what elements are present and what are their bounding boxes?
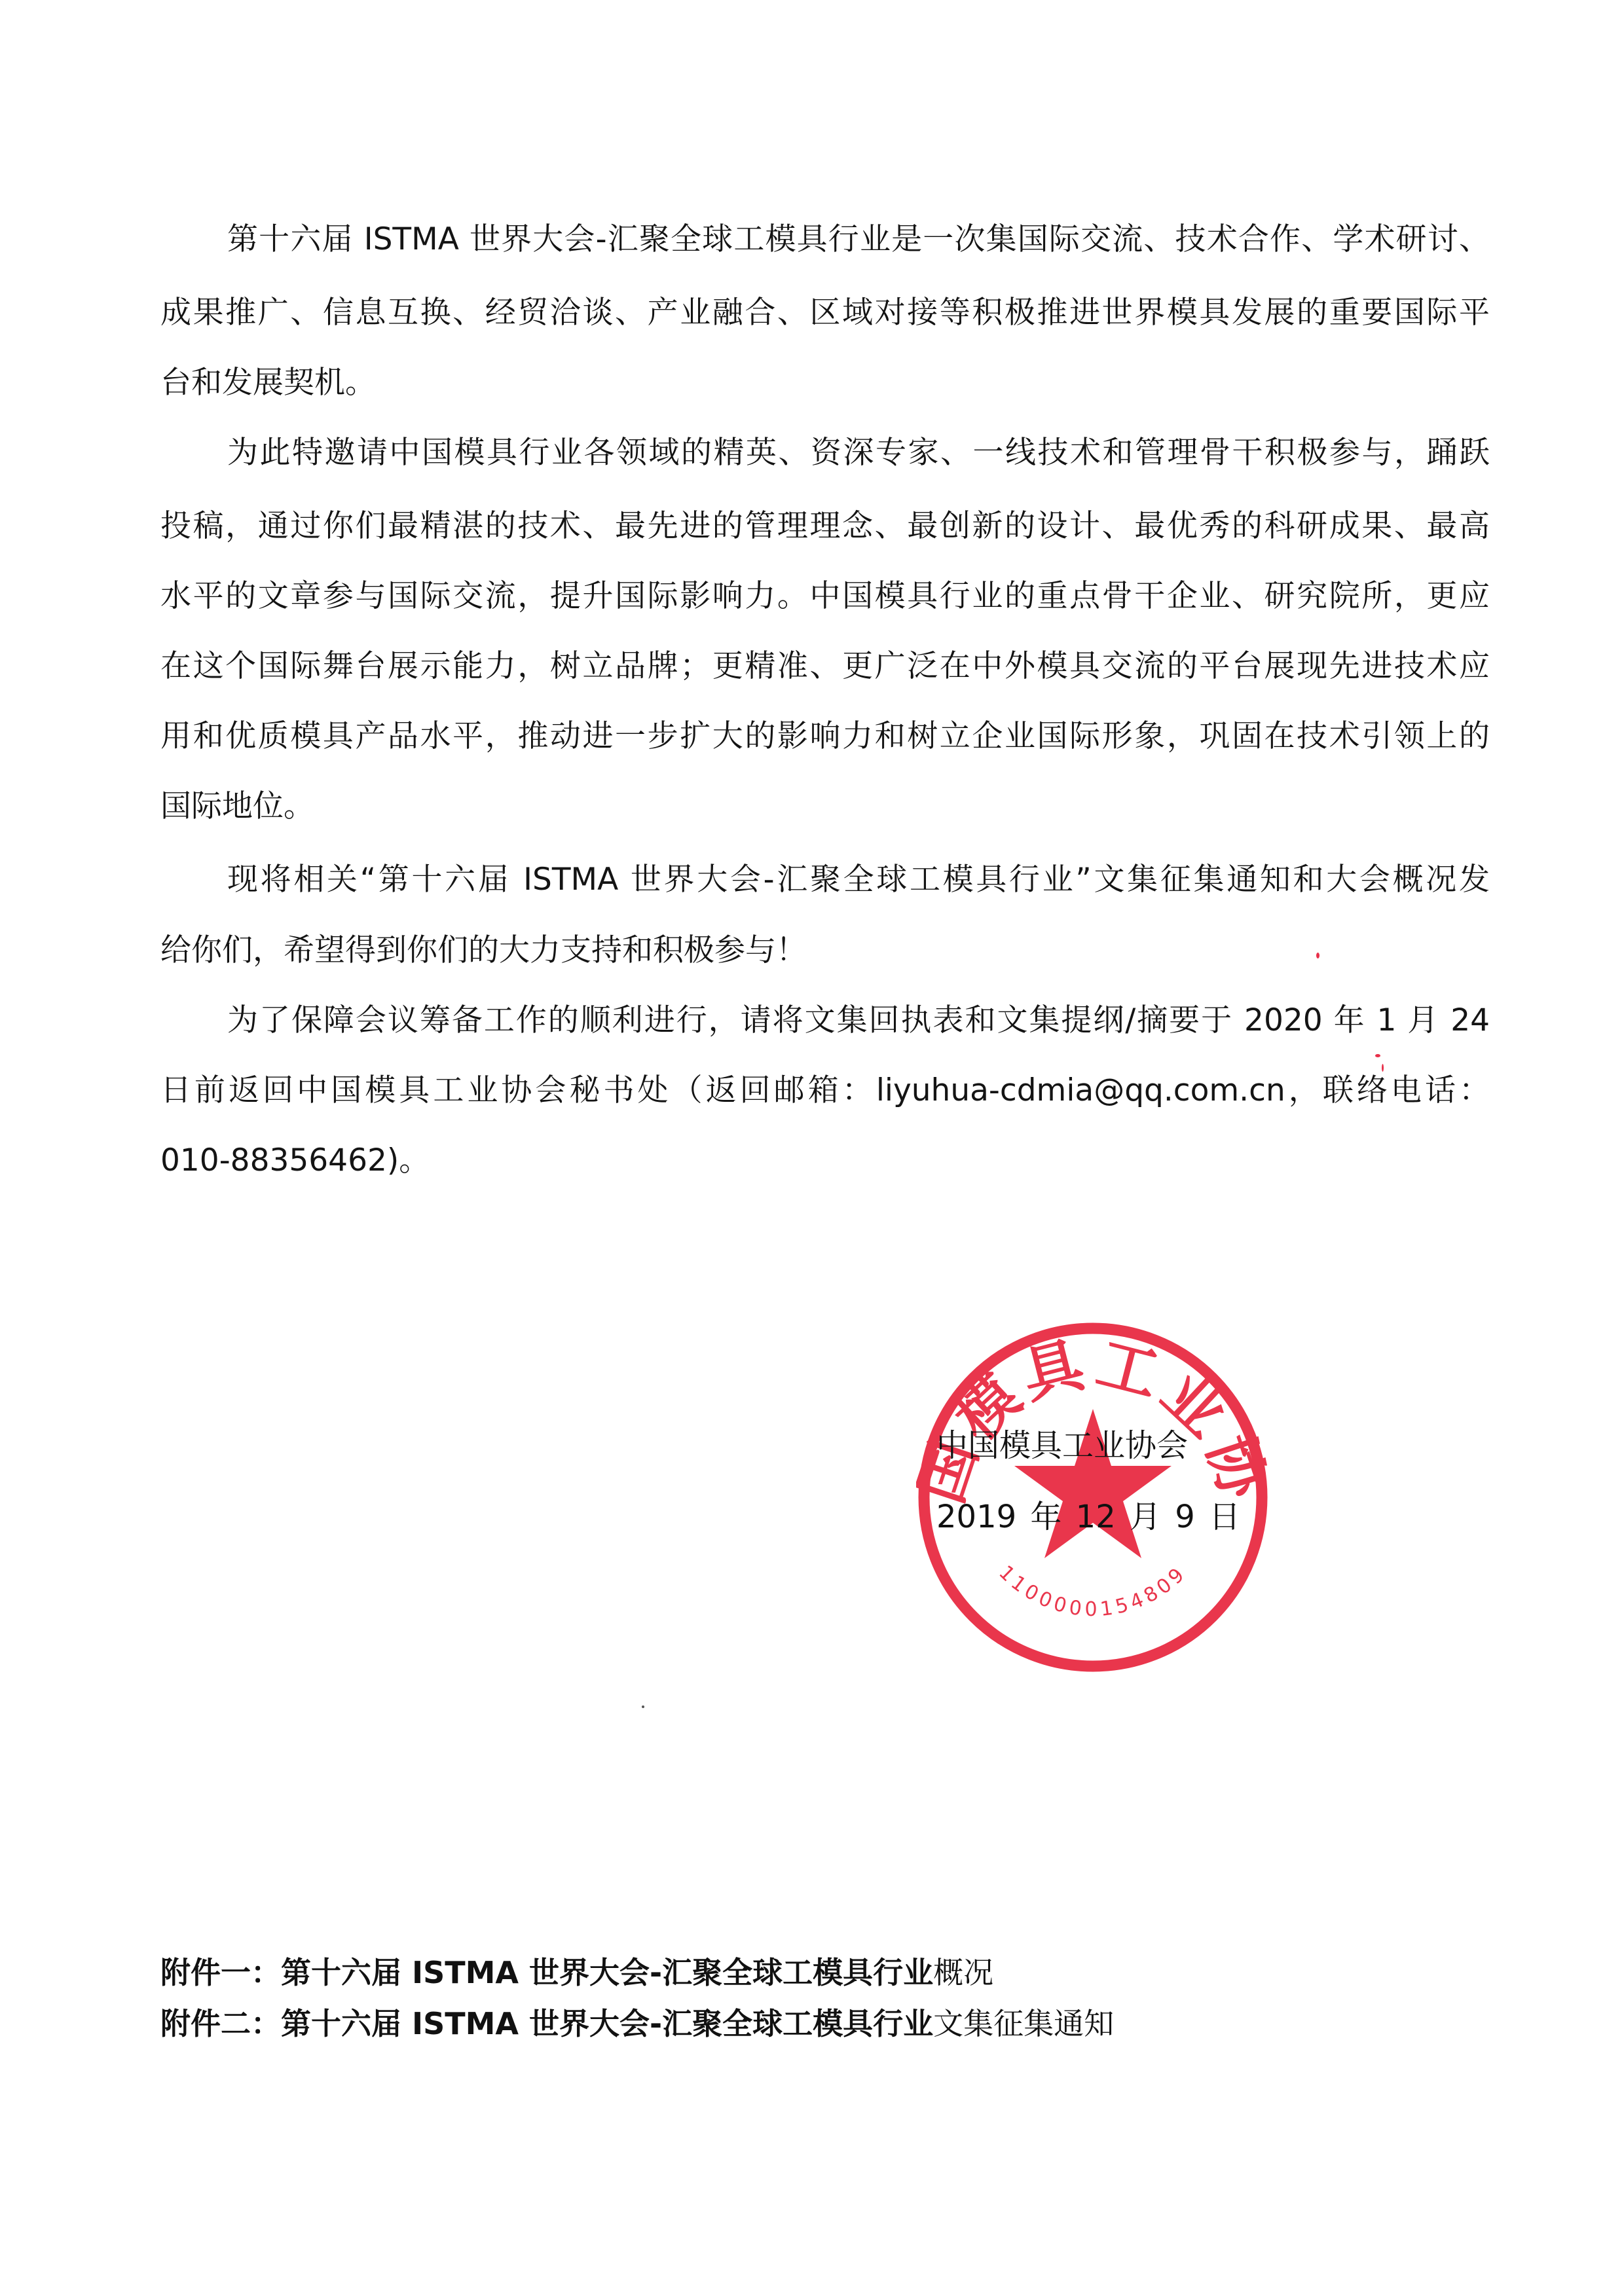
attachment-label: 附件一： bbox=[160, 1955, 281, 1990]
signature-date: 2019 年 12 月 9 日 bbox=[936, 1497, 1240, 1537]
body-text-line: 给你们，希望得到你们的大力支持和积极参与！ bbox=[160, 931, 1490, 970]
scan-speck bbox=[1375, 1054, 1380, 1057]
svg-text:1100000154809: 1100000154809 bbox=[994, 1561, 1191, 1621]
attachment-label: 附件二： bbox=[160, 2006, 281, 2041]
attachment-2: 附件二：第十六届 ISTMA 世界大会-汇聚全球工模具行业文集征集通知 bbox=[160, 2004, 1114, 2043]
attachment-1: 附件一：第十六届 ISTMA 世界大会-汇聚全球工模具行业概况 bbox=[160, 1953, 993, 1992]
body-text-line: 现将相关“第十六届 ISTMA 世界大会-汇聚全球工模具行业”文集征集通知和大会… bbox=[227, 860, 1490, 900]
body-text-line: 投稿，通过你们最精湛的技术、最先进的管理理念、最创新的设计、最优秀的科研成果、最… bbox=[160, 507, 1490, 546]
body-text-line: 第十六届 ISTMA 世界大会-汇聚全球工模具行业是一次集国际交流、技术合作、学… bbox=[227, 220, 1490, 259]
attachment-suffix: 概况 bbox=[933, 1955, 993, 1990]
attachment-title: 第十六届 ISTMA 世界大会-汇聚全球工模具行业 bbox=[281, 2006, 933, 2041]
body-text-line: 用和优质模具产品水平，推动进一步扩大的影响力和树立企业国际形象，巩固在技术引领上… bbox=[160, 717, 1490, 756]
scan-speck bbox=[1382, 1064, 1384, 1072]
body-text-line: 在这个国际舞台展示能力，树立品牌；更精准、更广泛在中外模具交流的平台展现先进技术… bbox=[160, 647, 1490, 686]
body-text-line: 成果推广、信息互换、经贸洽谈、产业融合、区域对接等积极推进世界模具发展的重要国际… bbox=[160, 293, 1490, 333]
body-text-line: 010-88356462)。 bbox=[160, 1141, 1490, 1180]
body-text-line: 水平的文章参与国际交流，提升国际影响力。中国模具行业的重点骨干企业、研究院所，更… bbox=[160, 577, 1490, 616]
body-text-line: 台和发展契机。 bbox=[160, 363, 1490, 403]
body-text-line: 为此特邀请中国模具行业各领域的精英、资深专家、一线技术和管理骨干积极参与，踊跃 bbox=[227, 433, 1490, 473]
body-text-line: 为了保障会议筹备工作的顺利进行，请将文集回执表和文集提纲/摘要于 2020 年 … bbox=[227, 1001, 1490, 1040]
attachment-suffix: 文集征集通知 bbox=[933, 2006, 1114, 2041]
attachment-title: 第十六届 ISTMA 世界大会-汇聚全球工模具行业 bbox=[281, 1955, 933, 1990]
scan-speck bbox=[1316, 953, 1319, 958]
body-text-line: 日前返回中国模具工业协会秘书处（返回邮箱：liyuhua-cdmia@qq.co… bbox=[160, 1071, 1490, 1110]
signature-organization: 中国模具工业协会 bbox=[936, 1426, 1188, 1465]
body-text-line: 国际地位。 bbox=[160, 787, 1490, 826]
scan-speck bbox=[642, 1705, 644, 1708]
